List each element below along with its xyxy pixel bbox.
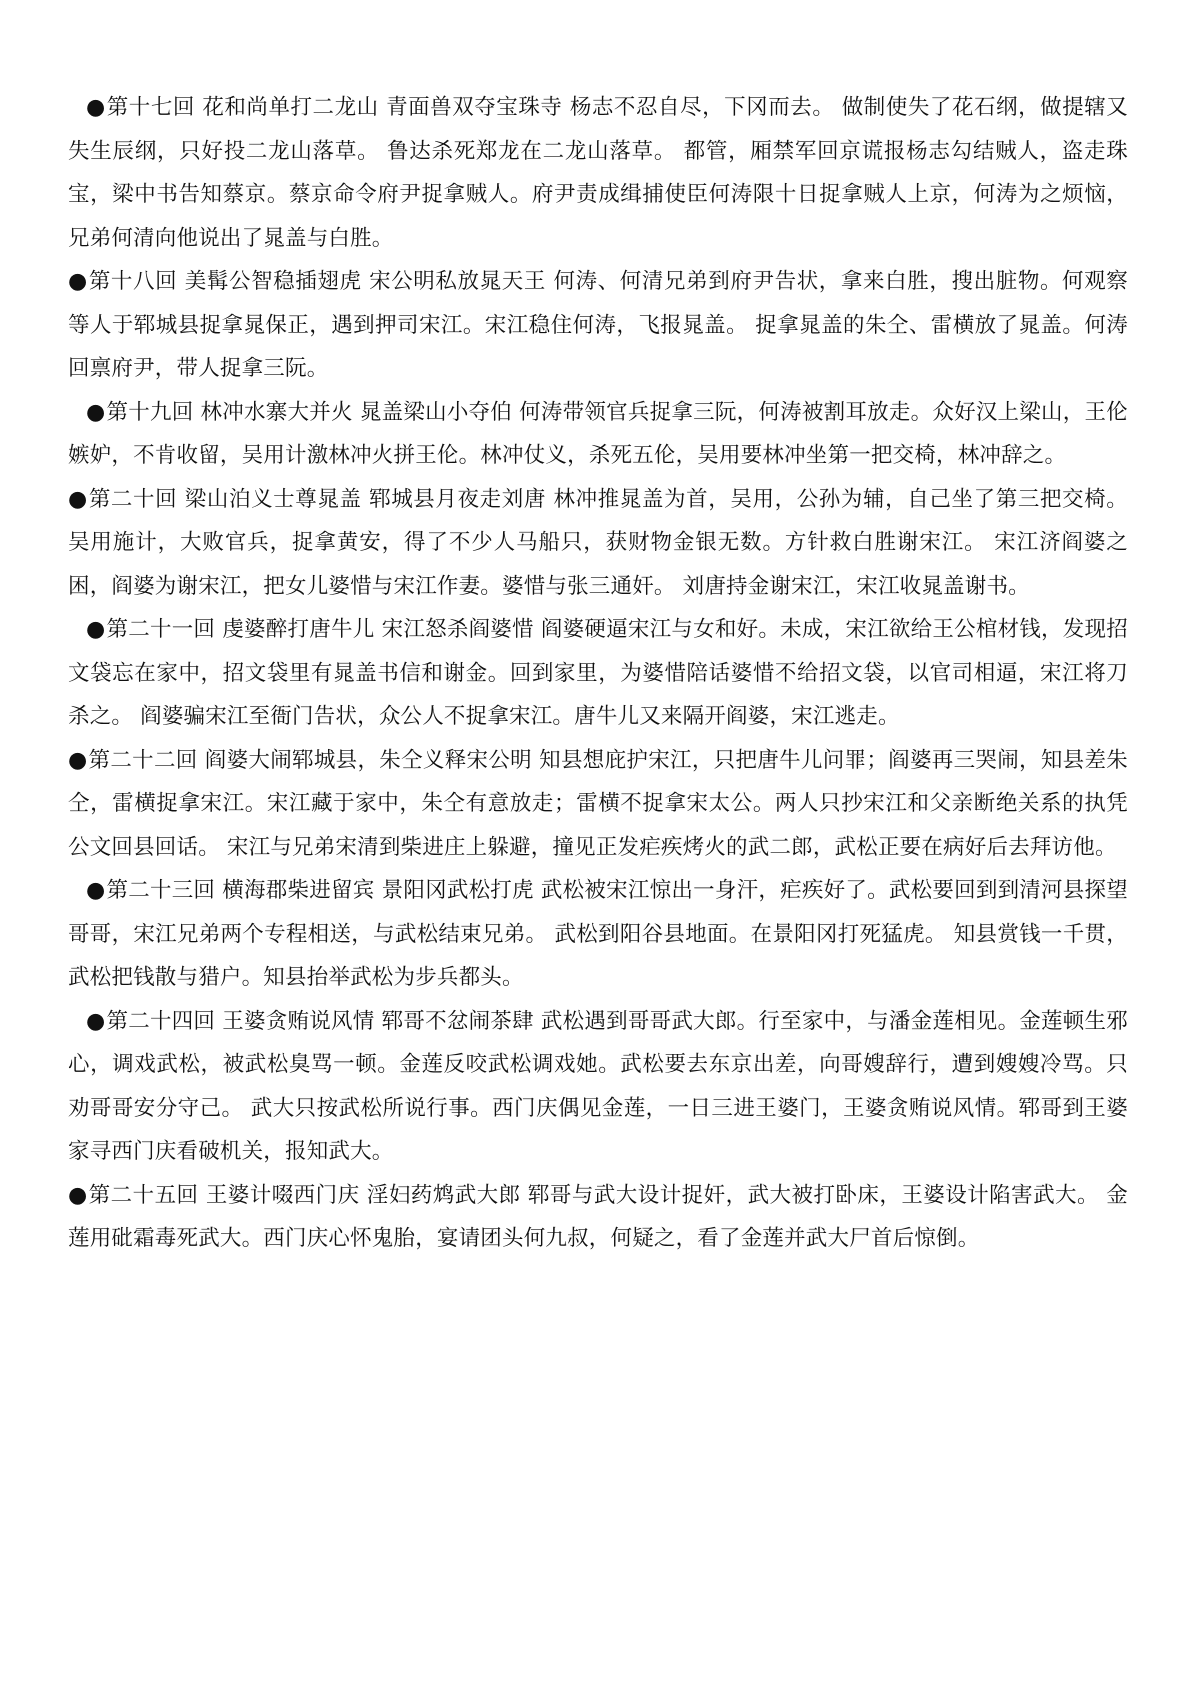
chapter-number: 第十八回 xyxy=(88,269,177,294)
chapter-title: 花和尚单打二龙山 青面兽双夺宝珠寺 xyxy=(202,95,562,120)
chapter-summary-paragraph: ●第二十一回 虔婆醉打唐牛儿 宋江怒杀阎婆惜 阎婆硬逼宋江与女和好。未成，宋江欲… xyxy=(68,608,1128,739)
chapter-number: 第十七回 xyxy=(106,95,195,120)
bullet-icon: ● xyxy=(77,391,105,435)
chapter-title: 王婆贪贿说风情 郓哥不忿闹茶肆 xyxy=(222,1009,534,1034)
chapter-summary-paragraph: ●第十七回 花和尚单打二龙山 青面兽双夺宝珠寺 杨志不忍自尽，下冈而去。 做制使… xyxy=(68,86,1128,260)
chapter-title: 横海郡柴进留宾 景阳冈武松打虎 xyxy=(222,878,534,903)
chapter-summary-paragraph: ●第十九回 林冲水寨大并火 晁盖梁山小夺伯 何涛带领官兵捉拿三阮，何涛被割耳放走… xyxy=(68,391,1128,478)
chapter-summary-paragraph: ●第二十二回 阎婆大闹郓城县，朱仝义释宋公明 知县想庇护宋江，只把唐牛儿问罪；阎… xyxy=(68,739,1128,870)
bullet-icon: ● xyxy=(77,86,105,130)
bullet-icon: ● xyxy=(77,869,105,913)
bullet-icon: ● xyxy=(68,1174,87,1218)
document-page: ●第十七回 花和尚单打二龙山 青面兽双夺宝珠寺 杨志不忍自尽，下冈而去。 做制使… xyxy=(68,86,1128,1261)
chapter-title: 美髯公智稳插翅虎 宋公明私放晁天王 xyxy=(185,269,546,294)
chapter-summary-paragraph: ●第二十五回 王婆计啜西门庆 淫妇药鸩武大郎 郓哥与武大设计捉奸，武大被打卧床，… xyxy=(68,1174,1128,1261)
chapter-title: 虔婆醉打唐牛儿 宋江怒杀阎婆惜 xyxy=(222,617,534,642)
chapter-number: 第二十三回 xyxy=(106,878,215,903)
bullet-icon: ● xyxy=(77,608,105,652)
bullet-icon: ● xyxy=(68,739,87,783)
chapter-title: 林冲水寨大并火 晁盖梁山小夺伯 xyxy=(201,400,513,425)
chapter-number: 第二十一回 xyxy=(106,617,215,642)
chapter-title: 王婆计啜西门庆 淫妇药鸩武大郎 xyxy=(206,1183,521,1208)
chapter-number: 第十九回 xyxy=(106,400,193,425)
chapter-number: 第二十回 xyxy=(88,487,177,512)
bullet-icon: ● xyxy=(77,1000,105,1044)
chapter-number: 第二十五回 xyxy=(88,1183,198,1208)
chapter-number: 第二十二回 xyxy=(88,748,197,773)
bullet-icon: ● xyxy=(68,260,87,304)
chapter-summary-paragraph: ●第十八回 美髯公智稳插翅虎 宋公明私放晁天王 何涛、何清兄弟到府尹告状，拿来白… xyxy=(68,260,1128,391)
chapter-summary-paragraph: ●第二十三回 横海郡柴进留宾 景阳冈武松打虎 武松被宋江惊出一身汗，疟疾好了。武… xyxy=(68,869,1128,1000)
chapter-title: 梁山泊义士尊晁盖 郓城县月夜走刘唐 xyxy=(185,487,546,512)
chapter-summary-paragraph: ●第二十回 梁山泊义士尊晁盖 郓城县月夜走刘唐 林冲推晁盖为首，吴用，公孙为辅，… xyxy=(68,478,1128,609)
chapter-title: 阎婆大闹郓城县，朱仝义释宋公明 xyxy=(205,748,532,773)
chapter-summary-paragraph: ●第二十四回 王婆贪贿说风情 郓哥不忿闹茶肆 武松遇到哥哥武大郎。行至家中，与潘… xyxy=(68,1000,1128,1174)
bullet-icon: ● xyxy=(68,478,87,522)
chapter-number: 第二十四回 xyxy=(106,1009,215,1034)
